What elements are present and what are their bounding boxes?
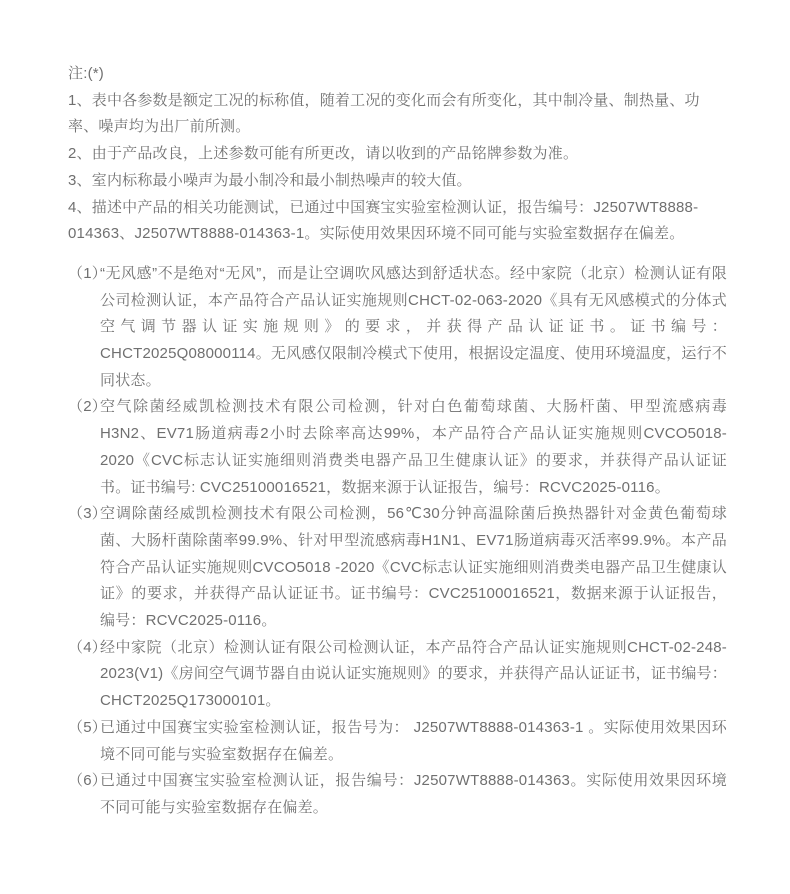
cert-item-6-text: 已通过中国赛宝实验室检测认证，报告编号：J2507WT8888-014363。实… [100, 772, 727, 816]
cert-item-2-marker: （2） [68, 394, 107, 421]
product-notes-page: 注:(*) 1、表中各参数是额定工况的标称值，随着工况的变化而会有所变化，其中制… [0, 0, 790, 894]
note-3: 3、室内标称最小噪声为最小制冷和最小制热噪声的较大值。 [68, 168, 727, 195]
cert-item-3-text: 空调除菌经威凯检测技术有限公司检测，56℃30分钟高温除菌后换热器针对金黄色葡萄… [100, 505, 727, 629]
cert-item-6-marker: （6） [68, 768, 107, 795]
cert-item-4-text: 经中家院（北京）检测认证有限公司检测认证，本产品符合产品认证实施规则CHCT-0… [100, 639, 727, 709]
cert-item-1-marker: （1） [68, 261, 107, 288]
cert-item-4-marker: （4） [68, 635, 107, 662]
notes-header: 注:(*) [68, 61, 727, 88]
certification-items-section: （1）“无风感”不是绝对“无风”，而是让空调吹风感达到舒适状态。经中家院（北京）… [68, 261, 727, 822]
cert-item-4: （4）经中家院（北京）检测认证有限公司检测认证，本产品符合产品认证实施规则CHC… [68, 635, 727, 715]
cert-item-3: （3）空调除菌经威凯检测技术有限公司检测，56℃30分钟高温除菌后换热器针对金黄… [68, 501, 727, 635]
cert-item-3-marker: （3） [68, 501, 107, 528]
note-2: 2、由于产品改良，上述参数可能有所更改，请以收到的产品铭牌参数为准。 [68, 141, 727, 168]
cert-item-1-text: “无风感”不是绝对“无风”，而是让空调吹风感达到舒适状态。经中家院（北京）检测认… [100, 265, 727, 389]
cert-item-6: （6）已通过中国赛宝实验室检测认证，报告编号：J2507WT8888-01436… [68, 768, 727, 821]
cert-item-5-text: 已通过中国赛宝实验室检测认证，报告号为： J2507WT8888-014363-… [100, 719, 727, 763]
notes-section: 1、表中各参数是额定工况的标称值，随着工况的变化而会有所变化，其中制冷量、制热量… [68, 88, 727, 248]
cert-item-2-text: 空气除菌经威凯检测技术有限公司检测，针对白色葡萄球菌、大肠杆菌、甲型流感病毒H3… [100, 398, 727, 495]
cert-item-1: （1）“无风感”不是绝对“无风”，而是让空调吹风感达到舒适状态。经中家院（北京）… [68, 261, 727, 395]
cert-item-5-marker: （5） [68, 715, 107, 742]
note-4: 4、描述中产品的相关功能测试，已通过中国赛宝实验室检测认证，报告编号：J2507… [68, 195, 727, 248]
note-1: 1、表中各参数是额定工况的标称值，随着工况的变化而会有所变化，其中制冷量、制热量… [68, 88, 727, 141]
cert-item-5: （5）已通过中国赛宝实验室检测认证，报告号为： J2507WT8888-0143… [68, 715, 727, 768]
cert-item-2: （2）空气除菌经威凯检测技术有限公司检测，针对白色葡萄球菌、大肠杆菌、甲型流感病… [68, 394, 727, 501]
